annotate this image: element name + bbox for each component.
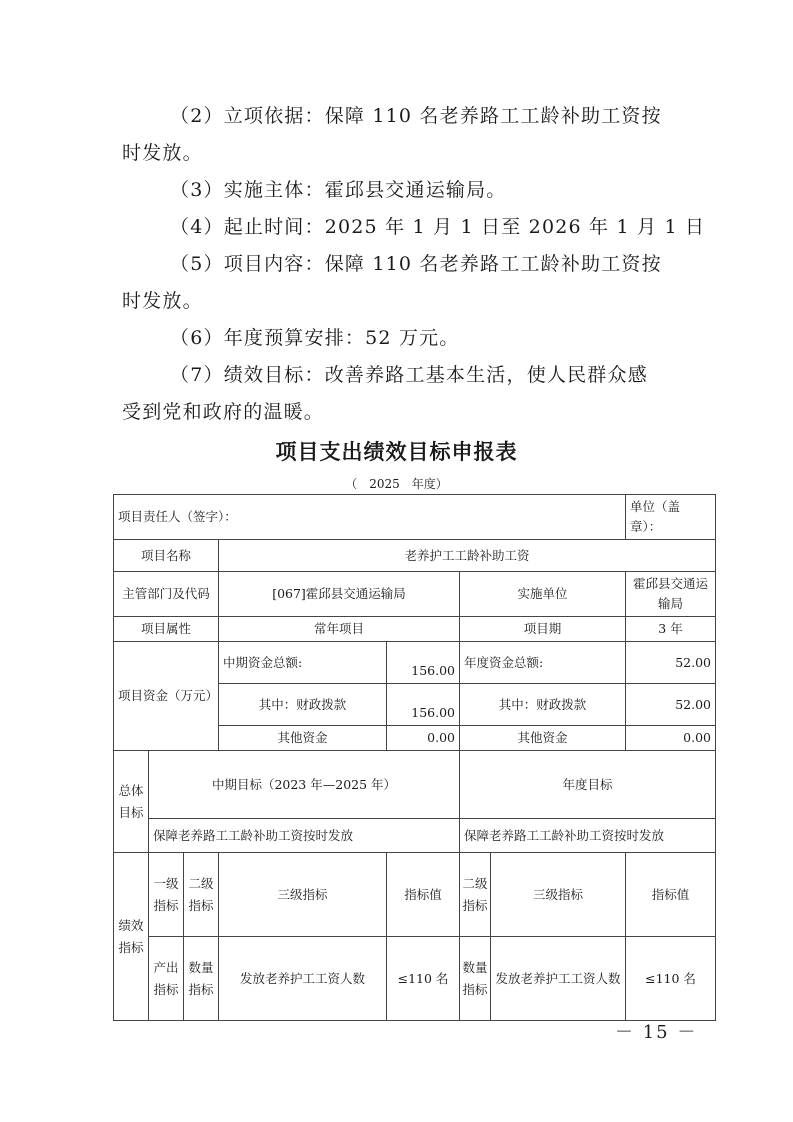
paragraph-content: （5）项目内容：保障 110 名老养路工工龄补助工资按: [122, 246, 730, 283]
level2-cell-right: 数量指标: [460, 937, 491, 1021]
value-cell: ≤110 名: [387, 937, 460, 1021]
impl-unit-value: 霍邱县交通运输局: [626, 572, 716, 617]
annual-goal-text: 保障老养路工工龄补助工资按时发放: [460, 819, 716, 853]
level3-cell-right: 发放老养护工工资人数: [491, 937, 626, 1021]
level2-cell: 数量指标: [184, 937, 219, 1021]
dept-value: [067]霍邱县交通运输局: [219, 572, 460, 617]
performance-target-form: 项目责任人（签字）： 单位（盖章）： 项目名称 老养护工工龄补助工资 主管部门及…: [113, 494, 716, 1021]
value-header-right: 指标值: [626, 853, 716, 937]
paragraph-period: （4）起止时间：2025 年 1 月 1 日至 2026 年 1 月 1 日: [122, 209, 730, 246]
mid-goal-text: 保障老养路工工龄补助工资按时发放: [149, 819, 460, 853]
impl-unit-label: 实施单位: [460, 572, 626, 617]
value-header: 指标值: [387, 853, 460, 937]
mid-fiscal-label: 其中：财政拨款: [219, 684, 387, 726]
level2-header-right: 二级指标: [460, 853, 491, 937]
annual-other-label: 其他资金: [460, 726, 626, 751]
table-row: 产出指标 数量指标 发放老养护工工资人数 ≤110 名 数量指标 发放老养护工工…: [114, 937, 716, 1021]
level3-header-right: 三级指标: [491, 853, 626, 937]
project-name-value: 老养护工工龄补助工资: [219, 540, 716, 572]
paragraph-basis: （2）立项依据：保障 110 名老养路工工龄补助工资按: [122, 98, 730, 135]
attr-value: 常年项目: [219, 617, 460, 642]
paragraph-content-cont: 时发放。: [122, 283, 682, 320]
form-year: （ 2025 年度）: [0, 475, 793, 492]
level1-cell: 产出指标: [149, 937, 184, 1021]
overall-goal-label: 总体目标: [114, 751, 149, 853]
mid-total-label: 中期资金总额:: [219, 642, 387, 684]
level1-header: 一级指标: [149, 853, 184, 937]
paragraph-basis-cont: 时发放。: [122, 135, 682, 172]
paragraph-goal: （7）绩效目标：改善养路工基本生活，使人民群众感: [122, 357, 730, 394]
annual-fiscal-label: 其中：财政拨款: [460, 684, 626, 726]
form-title: 项目支出绩效目标申报表: [0, 436, 793, 466]
mid-other-label: 其他资金: [219, 726, 387, 751]
annual-goal-header: 年度目标: [460, 751, 716, 819]
mid-other-value: 0.00: [387, 726, 460, 751]
funds-label: 项目资金（万元）: [114, 642, 219, 751]
level3-cell: 发放老养护工工资人数: [219, 937, 387, 1021]
level2-header: 二级指标: [184, 853, 219, 937]
paragraph-implementer: （3）实施主体：霍邱县交通运输局。: [122, 172, 730, 209]
period-label: 项目期: [460, 617, 626, 642]
annual-other-value: 0.00: [626, 726, 716, 751]
level3-header: 三级指标: [219, 853, 387, 937]
annual-fiscal-value: 52.00: [626, 684, 716, 726]
annual-total-label: 年度资金总额:: [460, 642, 626, 684]
value-cell-right: ≤110 名: [626, 937, 716, 1021]
project-name-label: 项目名称: [114, 540, 219, 572]
attr-label: 项目属性: [114, 617, 219, 642]
annual-total-value: 52.00: [626, 642, 716, 684]
period-value: 3 年: [626, 617, 716, 642]
mid-total-value: 156.00: [387, 642, 460, 684]
dept-label: 主管部门及代码: [114, 572, 219, 617]
responsible-person-label: 项目责任人（签字）：: [114, 495, 626, 540]
mid-fiscal-value: 156.00: [387, 684, 460, 726]
perf-indicator-label: 绩效指标: [114, 853, 149, 1021]
mid-goal-header: 中期目标（2023 年—2025 年）: [149, 751, 460, 819]
paragraph-goal-cont: 受到党和政府的温暖。: [122, 394, 682, 431]
unit-seal-label: 单位（盖章）：: [626, 495, 716, 540]
paragraph-budget: （6）年度预算安排：52 万元。: [122, 320, 730, 357]
page-number: － 15 －: [615, 1018, 697, 1044]
